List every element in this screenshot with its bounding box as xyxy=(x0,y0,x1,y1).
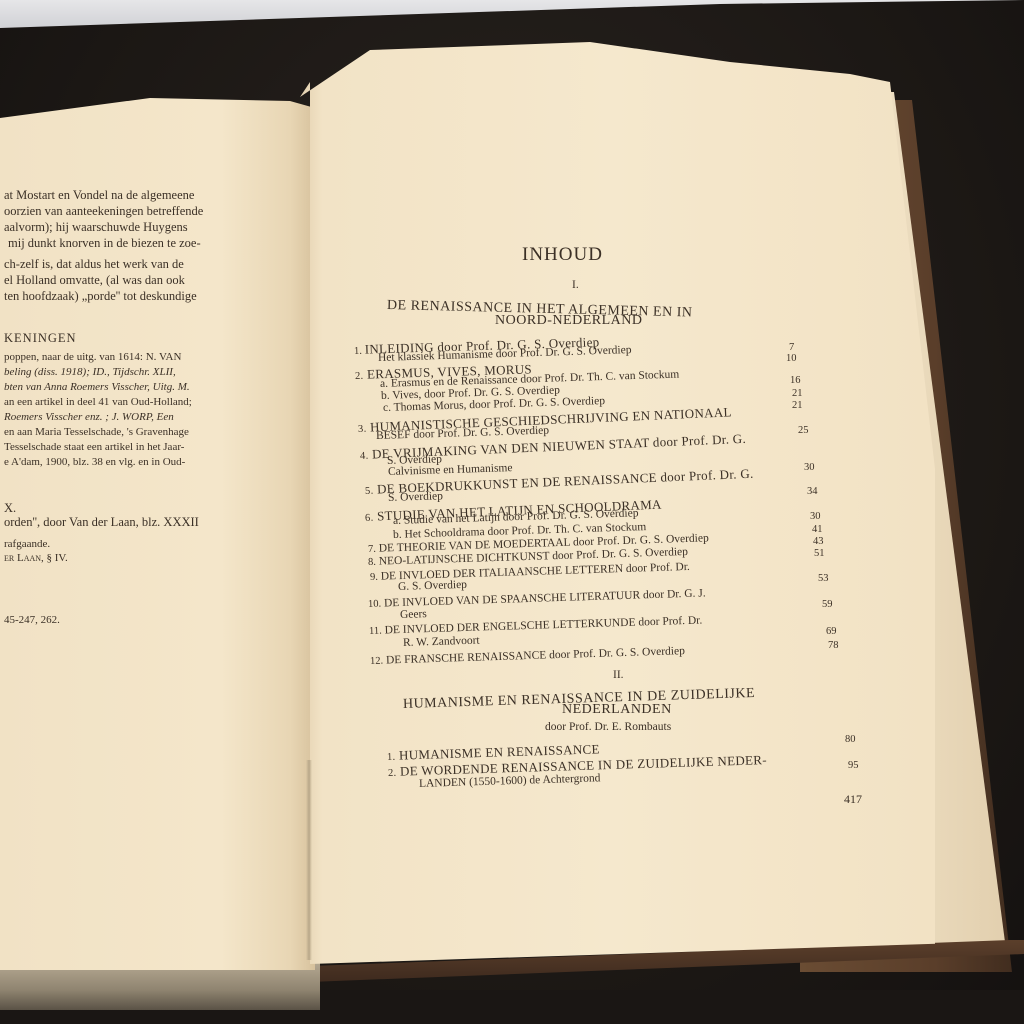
note-line: beling (diss. 1918); ID., Tijdschr. XLII… xyxy=(4,365,176,380)
note-line: bten van Anna Roemers Visscher, Uitg. M. xyxy=(4,380,190,395)
ref-line: 45-247, 262. xyxy=(4,613,60,628)
section-heading: KENINGEN xyxy=(4,330,77,346)
note-line: en aan Maria Tesselschade, 's Gravenhage xyxy=(4,425,189,440)
toc-page: 30 xyxy=(810,511,821,522)
note-line: Roemers Visscher enz. ; J. WORP, Een xyxy=(4,410,174,425)
text-line: oorzien van aanteekeningen betreffende xyxy=(4,203,203,219)
toc-page: 21 xyxy=(792,388,803,399)
page-number: 417 xyxy=(844,792,862,807)
note-line: poppen, naar de uitg. van 1614: N. VAN xyxy=(4,350,181,365)
text-line: aalvorm); hij waarschuwde Huygens xyxy=(4,219,188,235)
toc-page: 25 xyxy=(798,425,809,436)
text-line: ten hoofdzaak) „porde'' tot deskundige xyxy=(4,288,197,304)
part-heading: NEDERLANDEN xyxy=(562,702,672,718)
toc-entry: R. W. Zandvoort xyxy=(403,635,480,649)
text-line: ch-zelf is, dat aldus het werk van de xyxy=(4,256,184,272)
toc-entry: S. Overdiep xyxy=(388,490,443,504)
toc-page: 41 xyxy=(812,524,823,535)
toc-page: 69 xyxy=(826,626,837,637)
ref-line: orden'', door Van der Laan, blz. XXXII xyxy=(4,514,199,530)
toc-page: 30 xyxy=(804,462,815,473)
text-line: at Mostart en Vondel na de algemeene xyxy=(4,187,194,203)
note-line: Tesselschade staat een artikel in het Ja… xyxy=(4,440,184,455)
text-line: el Holland omvatte, (al was dan ook xyxy=(4,272,185,288)
toc-page: 43 xyxy=(813,536,824,547)
toc-page: 80 xyxy=(845,734,856,745)
part-numeral: II. xyxy=(613,669,624,681)
part-author: door Prof. Dr. E. Rombauts xyxy=(545,721,671,733)
toc-page: 59 xyxy=(822,599,833,610)
toc-entry: Geers xyxy=(400,608,427,621)
toc-page: 51 xyxy=(814,548,825,559)
toc-page: 53 xyxy=(818,573,829,584)
note-line: e A'dam, 1900, blz. 38 en vlg. en in Oud… xyxy=(4,455,185,470)
book-gutter xyxy=(306,760,312,960)
toc-page: 95 xyxy=(848,760,859,771)
toc-page: 10 xyxy=(786,353,797,364)
toc-page: 7 xyxy=(789,342,794,353)
toc-page: 34 xyxy=(807,486,818,497)
toc-page: 21 xyxy=(792,400,803,411)
toc-page: 16 xyxy=(790,375,801,386)
note-line: an een artikel in deel 41 van Oud-Hollan… xyxy=(4,395,192,410)
toc-entry: G. S. Overdiep xyxy=(398,579,467,593)
page-title: INHOUD xyxy=(522,244,603,266)
text-line: mij dunkt knorven in de biezen te zoe- xyxy=(8,235,201,251)
toc-page: 78 xyxy=(828,640,839,651)
ref-line: er Laan, § IV. xyxy=(4,551,68,566)
ref-line: rafgaande. xyxy=(4,537,50,552)
part-numeral: I. xyxy=(572,279,579,291)
part-heading: NOORD-NEDERLAND xyxy=(495,313,643,329)
